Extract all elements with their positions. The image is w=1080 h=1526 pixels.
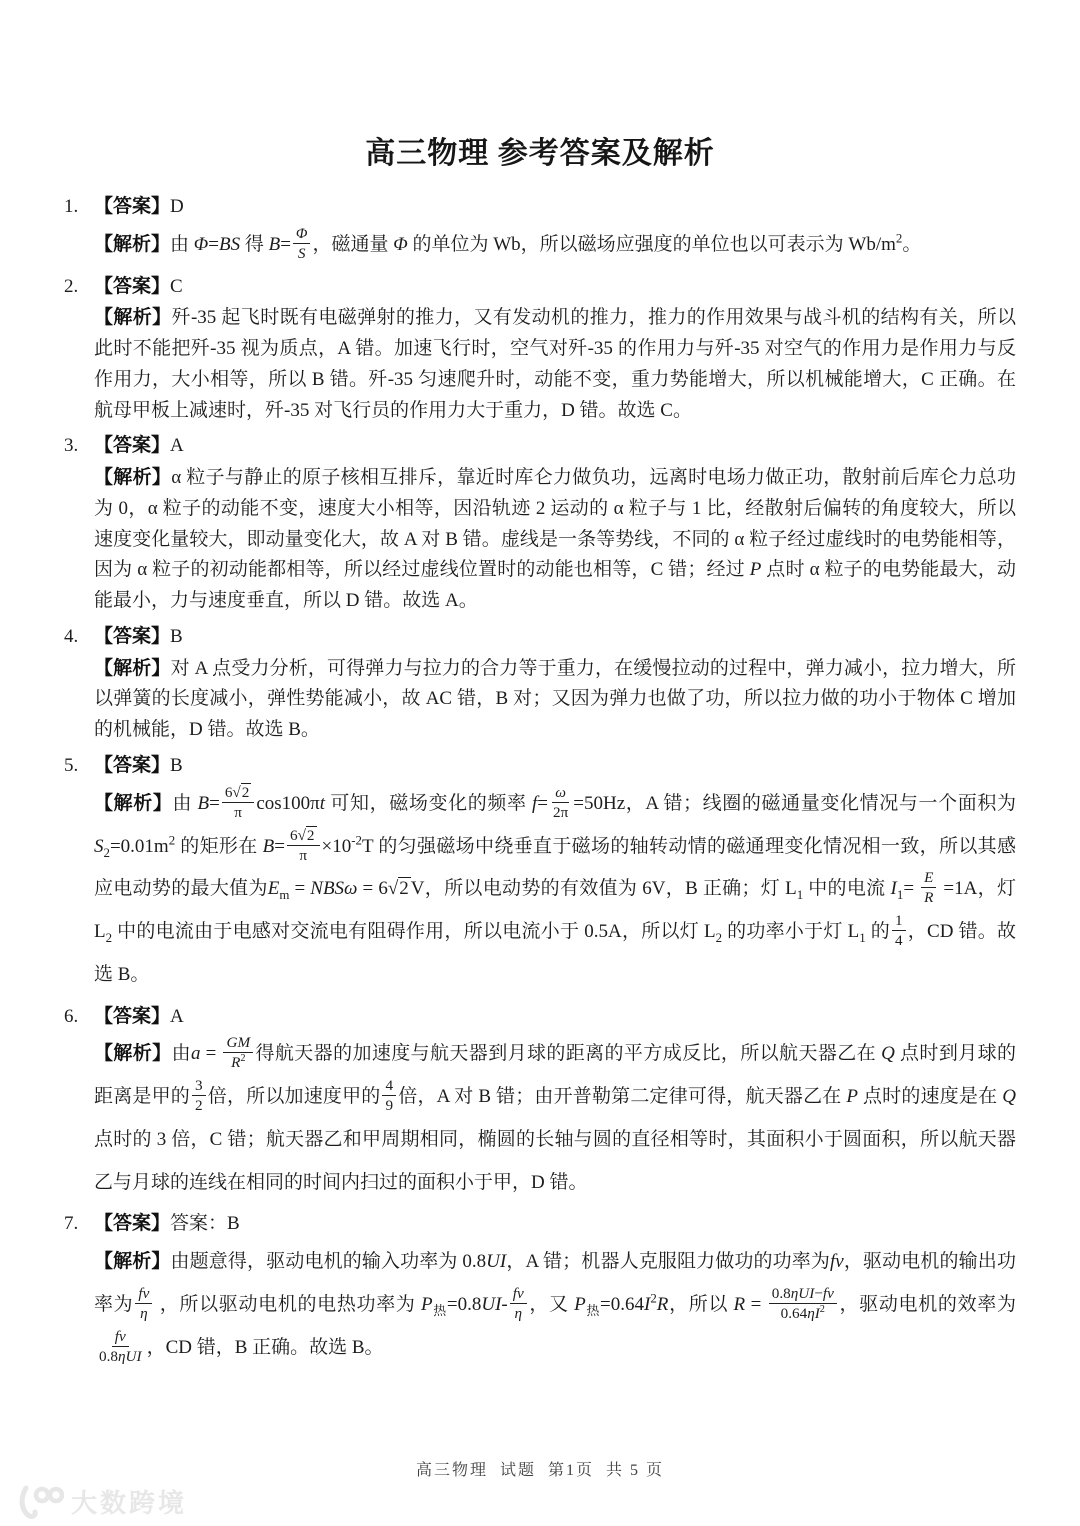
- subscript: 热: [433, 1303, 447, 1318]
- item-number: 1.: [64, 192, 94, 267]
- analysis-label: 【解析】: [94, 307, 172, 328]
- math-var: fv: [138, 1285, 149, 1302]
- fraction-numerator: 0.8ηUI−fv: [769, 1284, 837, 1304]
- math-var: fv: [115, 1328, 126, 1345]
- analysis-label: 【解析】: [94, 234, 170, 255]
- superscript: 2: [820, 1304, 825, 1315]
- fraction: ω2π: [550, 783, 571, 822]
- answer-item: 3.【答案】A【解析】α 粒子与静止的原子核相互排斥，靠近时库仑力做负功，远离时…: [64, 431, 1016, 617]
- fraction-denominator: π: [231, 803, 245, 822]
- math-var: Φ: [296, 225, 308, 242]
- analysis-label: 【解析】: [94, 1251, 171, 1272]
- math-var: BS: [219, 234, 240, 255]
- fraction-numerator: GM: [223, 1033, 253, 1053]
- fraction: GMR2: [223, 1033, 253, 1072]
- item-number: 5.: [64, 751, 94, 997]
- answer-item: 5.【答案】B【解析】由 B=6√2πcos100πt 可知，磁场变化的频率 f…: [64, 751, 1016, 997]
- fraction-numerator: ω: [552, 783, 569, 803]
- answer-value: A: [170, 1006, 184, 1027]
- item-number: 6.: [64, 1002, 94, 1205]
- fraction: 49: [382, 1076, 396, 1115]
- sqrt-overline: 2: [398, 877, 411, 899]
- answer-label: 【答案】: [94, 1213, 170, 1234]
- analysis-paragraph: 【解析】α 粒子与静止的原子核相互排斥，靠近时库仑力做负功，远离时电场力做正功，…: [94, 463, 1016, 617]
- sqrt-radical: √2: [298, 826, 317, 844]
- fraction-numerator: Φ: [293, 224, 311, 244]
- answer-value: A: [170, 435, 184, 456]
- fraction-denominator: 2π: [550, 803, 571, 822]
- subscript: 1: [859, 930, 865, 945]
- math-var: S: [298, 245, 306, 262]
- fraction: 6√2π: [222, 783, 255, 822]
- math-var: fv: [823, 1285, 834, 1302]
- math-var: R: [657, 1294, 669, 1315]
- math-var: η: [140, 1305, 148, 1322]
- math-var: R: [231, 1054, 240, 1071]
- math-var: P: [574, 1294, 586, 1315]
- math-var: fv: [513, 1285, 524, 1302]
- math-var: Q: [881, 1043, 895, 1064]
- document-page: 高三物理 参考答案及解析 1.【答案】D【解析】由 Φ=BS 得 B=ΦS，磁通…: [0, 0, 1080, 1526]
- answer-line: 【答案】D: [94, 192, 1016, 223]
- sqrt-overline: 2: [306, 826, 317, 844]
- fraction-numerator: 6√2: [222, 783, 255, 803]
- item-body: 【答案】A【解析】由a = GMR2得航天器的加速度与航天器到月球的距离的平方成…: [94, 1002, 1016, 1205]
- fraction-denominator: 9: [382, 1096, 396, 1115]
- fraction-numerator: fv: [510, 1284, 527, 1304]
- page-title: 高三物理 参考答案及解析: [64, 128, 1016, 172]
- answer-label: 【答案】: [94, 435, 170, 456]
- answer-label: 【答案】: [94, 276, 170, 297]
- math-var: fv: [830, 1251, 844, 1272]
- fraction: 32: [192, 1076, 206, 1115]
- fraction: fvη: [510, 1284, 527, 1323]
- analysis-paragraph: 【解析】由a = GMR2得航天器的加速度与航天器到月球的距离的平方成反比，所以…: [94, 1033, 1016, 1204]
- answer-item: 7.【答案】答案：B【解析】由题意得，驱动电机的输入功率为 0.8UI，A 错；…: [64, 1209, 1016, 1369]
- math-var: f: [532, 793, 537, 814]
- fraction: 6√2π: [287, 826, 320, 865]
- sqrt-radical: √2: [232, 783, 251, 801]
- answer-line: 【答案】A: [94, 431, 1016, 462]
- fraction-denominator: 4: [892, 931, 906, 950]
- analysis-paragraph: 【解析】由 B=6√2πcos100πt 可知，磁场变化的频率 f=ω2π=50…: [94, 783, 1016, 997]
- fraction-denominator: π: [296, 846, 310, 865]
- fraction-numerator: E: [921, 868, 936, 888]
- math-var: P: [846, 1086, 858, 1107]
- math-var: E: [268, 878, 280, 899]
- math-var: η: [118, 1348, 126, 1365]
- math-var: S: [94, 836, 104, 857]
- math-var: E: [924, 869, 933, 886]
- answer-label: 【答案】: [94, 1006, 170, 1027]
- answer-line: 【答案】B: [94, 622, 1016, 653]
- fraction-denominator: η: [511, 1304, 525, 1323]
- watermark-text: 大数跨境: [71, 1483, 187, 1520]
- fraction: 14: [892, 911, 906, 950]
- math-var: η: [791, 1285, 799, 1302]
- fraction-denominator: R2: [228, 1053, 248, 1072]
- item-number: 3.: [64, 431, 94, 617]
- superscript: 2: [896, 230, 902, 245]
- answer-line: 【答案】C: [94, 272, 1016, 303]
- math-var: UI: [486, 1251, 506, 1272]
- subscript: 2: [104, 844, 110, 859]
- math-var: B: [269, 234, 281, 255]
- item-number: 4.: [64, 622, 94, 746]
- answer-line: 【答案】A: [94, 1002, 1016, 1033]
- answer-line: 【答案】B: [94, 751, 1016, 782]
- answer-item: 1.【答案】D【解析】由 Φ=BS 得 B=ΦS，磁通量 Φ 的单位为 Wb，所…: [64, 192, 1016, 267]
- answer-value: 答案：B: [170, 1213, 240, 1234]
- math-var: R: [734, 1294, 746, 1315]
- fraction-numerator: 1: [892, 911, 906, 931]
- item-number: 2.: [64, 272, 94, 427]
- subscript: 1: [897, 887, 903, 902]
- math-var: η: [514, 1305, 522, 1322]
- answer-item: 4.【答案】B【解析】对 A 点受力分析，可得弹力与拉力的合力等于重力，在缓慢拉…: [64, 622, 1016, 746]
- watermark-logo-icon: [18, 1484, 64, 1520]
- fraction-denominator: R: [921, 888, 936, 907]
- answer-list: 1.【答案】D【解析】由 Φ=BS 得 B=ΦS，磁通量 Φ 的单位为 Wb，所…: [64, 192, 1016, 1369]
- math-var: P: [421, 1294, 433, 1315]
- fraction-numerator: 3: [192, 1076, 206, 1096]
- sqrt-overline: 2: [241, 783, 252, 801]
- item-body: 【答案】C【解析】歼-35 起飞时既有电磁弹射的推力，又有发动机的推力，推力的作…: [94, 272, 1016, 427]
- math-var: UI: [126, 1348, 142, 1365]
- analysis-label: 【解析】: [94, 1043, 172, 1064]
- fraction: ER: [921, 868, 936, 907]
- analysis-paragraph: 【解析】歼-35 起飞时既有电磁弹射的推力，又有发动机的推力，推力的作用效果与战…: [94, 303, 1016, 426]
- fraction-denominator: η: [137, 1304, 151, 1323]
- watermark: 大数跨境: [18, 1483, 187, 1520]
- answer-value: D: [170, 196, 184, 217]
- analysis-paragraph: 【解析】对 A 点受力分析，可得弹力与拉力的合力等于重力，在缓慢拉动的过程中，弹…: [94, 654, 1016, 746]
- math-var: NBSω: [310, 878, 357, 899]
- page-footer: 高三物理 试题 第1页 共 5 页: [0, 1457, 1080, 1480]
- fraction-numerator: 6√2: [287, 826, 320, 846]
- answer-line: 【答案】答案：B: [94, 1209, 1016, 1240]
- answer-value: C: [170, 276, 183, 297]
- fraction-denominator: 2: [192, 1096, 206, 1115]
- math-var: B: [197, 793, 209, 814]
- fraction-numerator: 4: [382, 1076, 396, 1096]
- math-var: a: [191, 1043, 201, 1064]
- item-body: 【答案】答案：B【解析】由题意得，驱动电机的输入功率为 0.8UI，A 错；机器…: [94, 1209, 1016, 1369]
- superscript: 2: [169, 832, 175, 847]
- math-var: η: [807, 1305, 815, 1322]
- analysis-paragraph: 【解析】由 Φ=BS 得 B=ΦS，磁通量 Φ 的单位为 Wb，所以磁场应强度的…: [94, 224, 1016, 267]
- fraction-denominator: 0.8ηUI: [96, 1347, 145, 1366]
- fraction: 0.8ηUI−fv0.64ηI2: [769, 1284, 837, 1323]
- math-var: Φ: [393, 234, 407, 255]
- analysis-label: 【解析】: [94, 793, 172, 814]
- math-var: Φ: [194, 234, 208, 255]
- superscript: -2: [351, 832, 362, 847]
- fraction-denominator: S: [295, 244, 309, 263]
- math-var: UI: [481, 1294, 501, 1315]
- math-var: GM: [226, 1034, 250, 1051]
- math-var: R: [924, 889, 933, 906]
- answer-label: 【答案】: [94, 755, 170, 776]
- math-var: ω: [555, 784, 566, 801]
- superscript: 2: [240, 1053, 245, 1064]
- item-body: 【答案】D【解析】由 Φ=BS 得 B=ΦS，磁通量 Φ 的单位为 Wb，所以磁…: [94, 192, 1016, 267]
- fraction-numerator: fv: [112, 1327, 129, 1347]
- subscript: 热: [586, 1303, 600, 1318]
- item-body: 【答案】A【解析】α 粒子与静止的原子核相互排斥，靠近时库仑力做负功，远离时电场…: [94, 431, 1016, 617]
- answer-value: B: [170, 755, 183, 776]
- math-var: P: [750, 559, 762, 580]
- math-var: Q: [1002, 1086, 1016, 1107]
- answer-value: B: [170, 626, 183, 647]
- analysis-label: 【解析】: [94, 467, 171, 488]
- answer-label: 【答案】: [94, 626, 170, 647]
- answer-item: 6.【答案】A【解析】由a = GMR2得航天器的加速度与航天器到月球的距离的平…: [64, 1002, 1016, 1205]
- math-var: t: [320, 793, 325, 814]
- subscript: 2: [106, 930, 112, 945]
- fraction-denominator: 0.64ηI2: [778, 1304, 828, 1323]
- math-var: UI: [798, 1285, 814, 1302]
- item-body: 【答案】B【解析】对 A 点受力分析，可得弹力与拉力的合力等于重力，在缓慢拉动的…: [94, 622, 1016, 746]
- analysis-label: 【解析】: [94, 658, 171, 679]
- subscript: m: [279, 887, 289, 902]
- item-body: 【答案】B【解析】由 B=6√2πcos100πt 可知，磁场变化的频率 f=ω…: [94, 751, 1016, 997]
- subscript: 1: [797, 887, 803, 902]
- subscript: 2: [716, 930, 722, 945]
- answer-item: 2.【答案】C【解析】歼-35 起飞时既有电磁弹射的推力，又有发动机的推力，推力…: [64, 272, 1016, 427]
- item-number: 7.: [64, 1209, 94, 1369]
- analysis-paragraph: 【解析】由题意得，驱动电机的输入功率为 0.8UI，A 错；机器人克服阻力做功的…: [94, 1241, 1016, 1369]
- math-var: B: [263, 836, 275, 857]
- fraction: fvη: [135, 1284, 152, 1323]
- answer-label: 【答案】: [94, 196, 170, 217]
- sqrt-radical: √2: [388, 877, 411, 899]
- fraction: fv0.8ηUI: [96, 1327, 145, 1366]
- fraction-numerator: fv: [135, 1284, 152, 1304]
- fraction: ΦS: [293, 224, 311, 263]
